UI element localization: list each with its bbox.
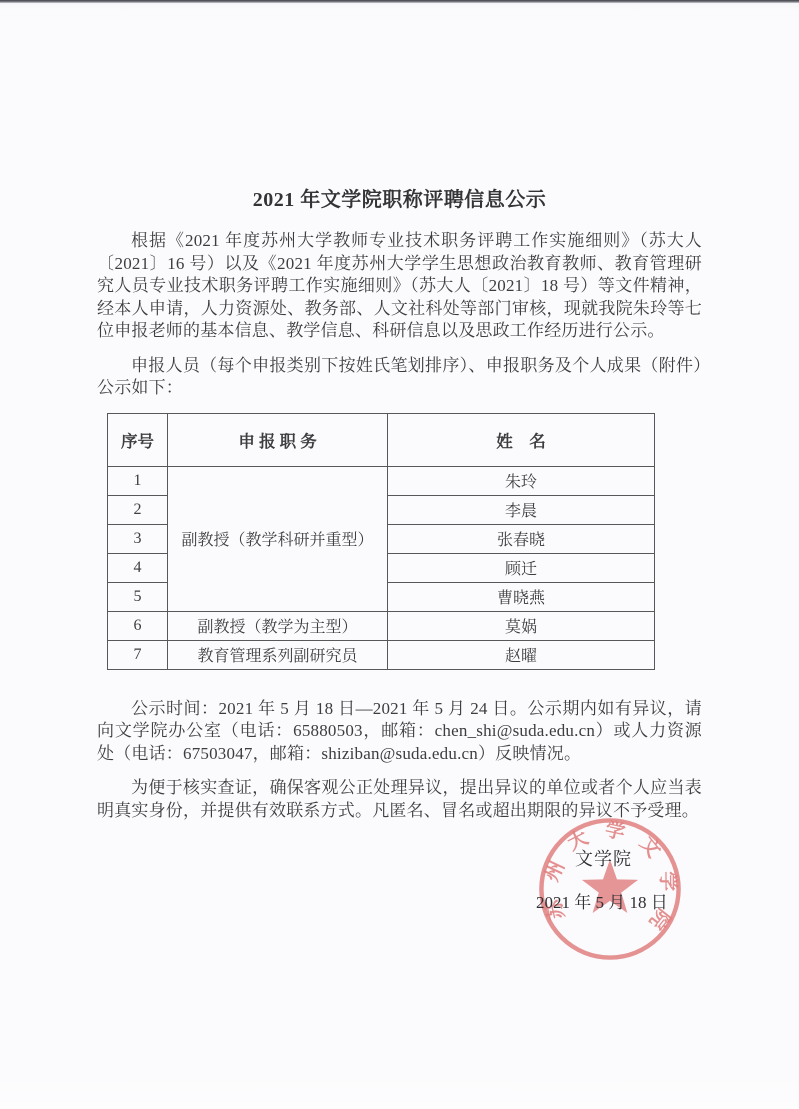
column-header-no: 序号 xyxy=(108,413,168,466)
table-header-row: 序号 申 报 职 务 姓 名 xyxy=(108,413,655,466)
paragraph-basis: 根据《2021 年度苏州大学教师专业技术职务评聘工作实施细则》（苏大人〔2021… xyxy=(97,230,702,343)
cell-position-group-2: 副教授（教学为主型） xyxy=(168,611,388,640)
column-header-name: 姓 名 xyxy=(388,413,655,466)
signature-date: 2021 年 5 月 18 日 xyxy=(536,888,668,913)
cell-no: 6 xyxy=(108,611,168,640)
paragraph-publicity-period: 公示时间：2021 年 5 月 18 日—2021 年 5 月 24 日。公示期… xyxy=(97,698,702,766)
cell-name: 朱玲 xyxy=(388,466,655,495)
cell-no: 4 xyxy=(108,553,168,582)
signature-org: 文学院 xyxy=(575,845,632,871)
table-row: 7 教育管理系列副研究员 赵曜 xyxy=(108,640,655,669)
cell-name: 李晨 xyxy=(388,495,655,524)
cell-no: 7 xyxy=(108,640,168,669)
cell-no: 2 xyxy=(108,495,168,524)
document-content: 2021 年文学院职称评聘信息公示 根据《2021 年度苏州大学教师专业技术职务… xyxy=(97,0,702,822)
cell-position-group-1: 副教授（教学科研并重型） xyxy=(168,466,388,611)
column-header-position: 申 报 职 务 xyxy=(168,413,388,466)
cell-no: 3 xyxy=(108,524,168,553)
cell-name: 莫娲 xyxy=(388,611,655,640)
table-row: 1 副教授（教学科研并重型） 朱玲 xyxy=(108,466,655,495)
cell-no: 5 xyxy=(108,582,168,611)
cell-no: 1 xyxy=(108,466,168,495)
cell-name: 顾迁 xyxy=(388,553,655,582)
applicants-table: 序号 申 报 职 务 姓 名 1 副教授（教学科研并重型） 朱玲 2 李晨 3 … xyxy=(107,413,655,670)
document-page: 2021 年文学院职称评聘信息公示 根据《2021 年度苏州大学教师专业技术职务… xyxy=(0,0,799,1109)
table-row: 6 副教授（教学为主型） 莫娲 xyxy=(108,611,655,640)
cell-position-group-3: 教育管理系列副研究员 xyxy=(168,640,388,669)
paragraph-announce-list: 申报人员（每个申报类别下按姓氏笔划排序）、申报职务及个人成果（附件）公示如下： xyxy=(97,355,702,400)
cell-name: 张春晓 xyxy=(388,524,655,553)
cell-name: 赵曜 xyxy=(388,640,655,669)
page-title: 2021 年文学院职称评聘信息公示 xyxy=(97,186,702,215)
cell-name: 曹晓燕 xyxy=(388,582,655,611)
